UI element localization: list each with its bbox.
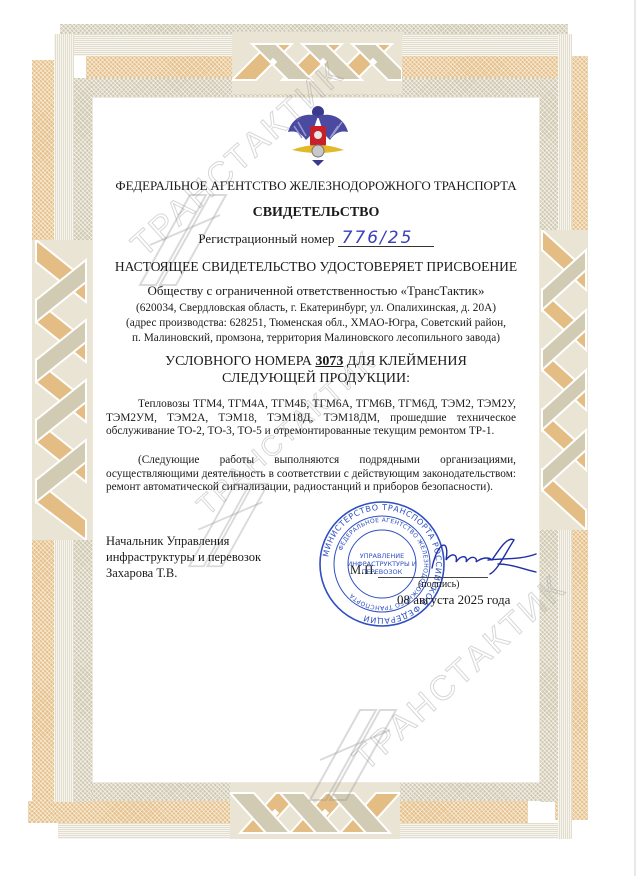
signature-line [378, 577, 488, 578]
eagle-emblem-icon [282, 104, 354, 170]
signature-caption: (подпись) [418, 579, 460, 590]
frame-braid-bottom [230, 783, 400, 843]
company-name: Обществу с ограниченной ответственностью… [92, 283, 540, 299]
signatory-position-line2: инфраструктуры и перевозок [106, 549, 261, 565]
seal-label: М.П. [350, 563, 376, 578]
agency-name: ФЕДЕРАЛЬНОЕ АГЕНТСТВО ЖЕЛЕЗНОДОРОЖНОГО Т… [92, 178, 540, 194]
certificate-body [92, 97, 540, 783]
registration-number: 776/25 [338, 230, 434, 247]
document-title: СВИДЕТЕЛЬСТВО [92, 205, 540, 221]
conditional-number-line: УСЛОВНОГО НОМЕРА 3073 ДЛЯ КЛЕЙМЕНИЯ [92, 354, 540, 370]
note-paragraph: (Следующие работы выполняются подрядными… [106, 454, 516, 495]
conditional-number-prefix: УСЛОВНОГО НОМЕРА [165, 354, 312, 369]
frame-braid-top [232, 26, 402, 98]
handwritten-signature-icon [428, 530, 538, 580]
registration-label: Регистрационный номер [198, 231, 334, 246]
issue-date: 08 августа 2025 года [397, 592, 510, 608]
frame-braid-left [30, 240, 92, 540]
conditional-number-suffix: ДЛЯ КЛЕЙМЕНИЯ [347, 354, 467, 369]
conditional-number: 3073 [315, 354, 343, 369]
signatory-name: Захарова Т.В. [106, 565, 177, 581]
registration-line: Регистрационный номер 776/25 [92, 230, 540, 247]
production-address-line: (адрес производства: 628251, Тюменская о… [92, 317, 540, 329]
frame-braid-right [540, 230, 590, 530]
production-address-line: п. Малиновский, промзона, территория Мал… [92, 332, 540, 344]
conditional-number-line-2: СЛЕДУЮЩЕЙ ПРОДУКЦИИ: [92, 371, 540, 387]
company-address-line: (620034, Свердловская область, г. Екатер… [92, 302, 540, 314]
svg-text:УПРАВЛЕНИЕ: УПРАВЛЕНИЕ [360, 552, 405, 560]
products-paragraph: Тепловозы ТГМ4, ТГМ4А, ТГМ4Б, ТГМ6А, ТГМ… [106, 398, 516, 439]
official-stamp-icon: МИНИСТЕРСТВО ТРАНСПОРТА РОССИЙСКОЙ ФЕДЕР… [318, 500, 446, 628]
signatory-position-line1: Начальник Управления [106, 533, 229, 549]
certifies-heading: НАСТОЯЩЕЕ СВИДЕТЕЛЬСТВО УДОСТОВЕРЯЕТ ПРИ… [92, 259, 540, 275]
